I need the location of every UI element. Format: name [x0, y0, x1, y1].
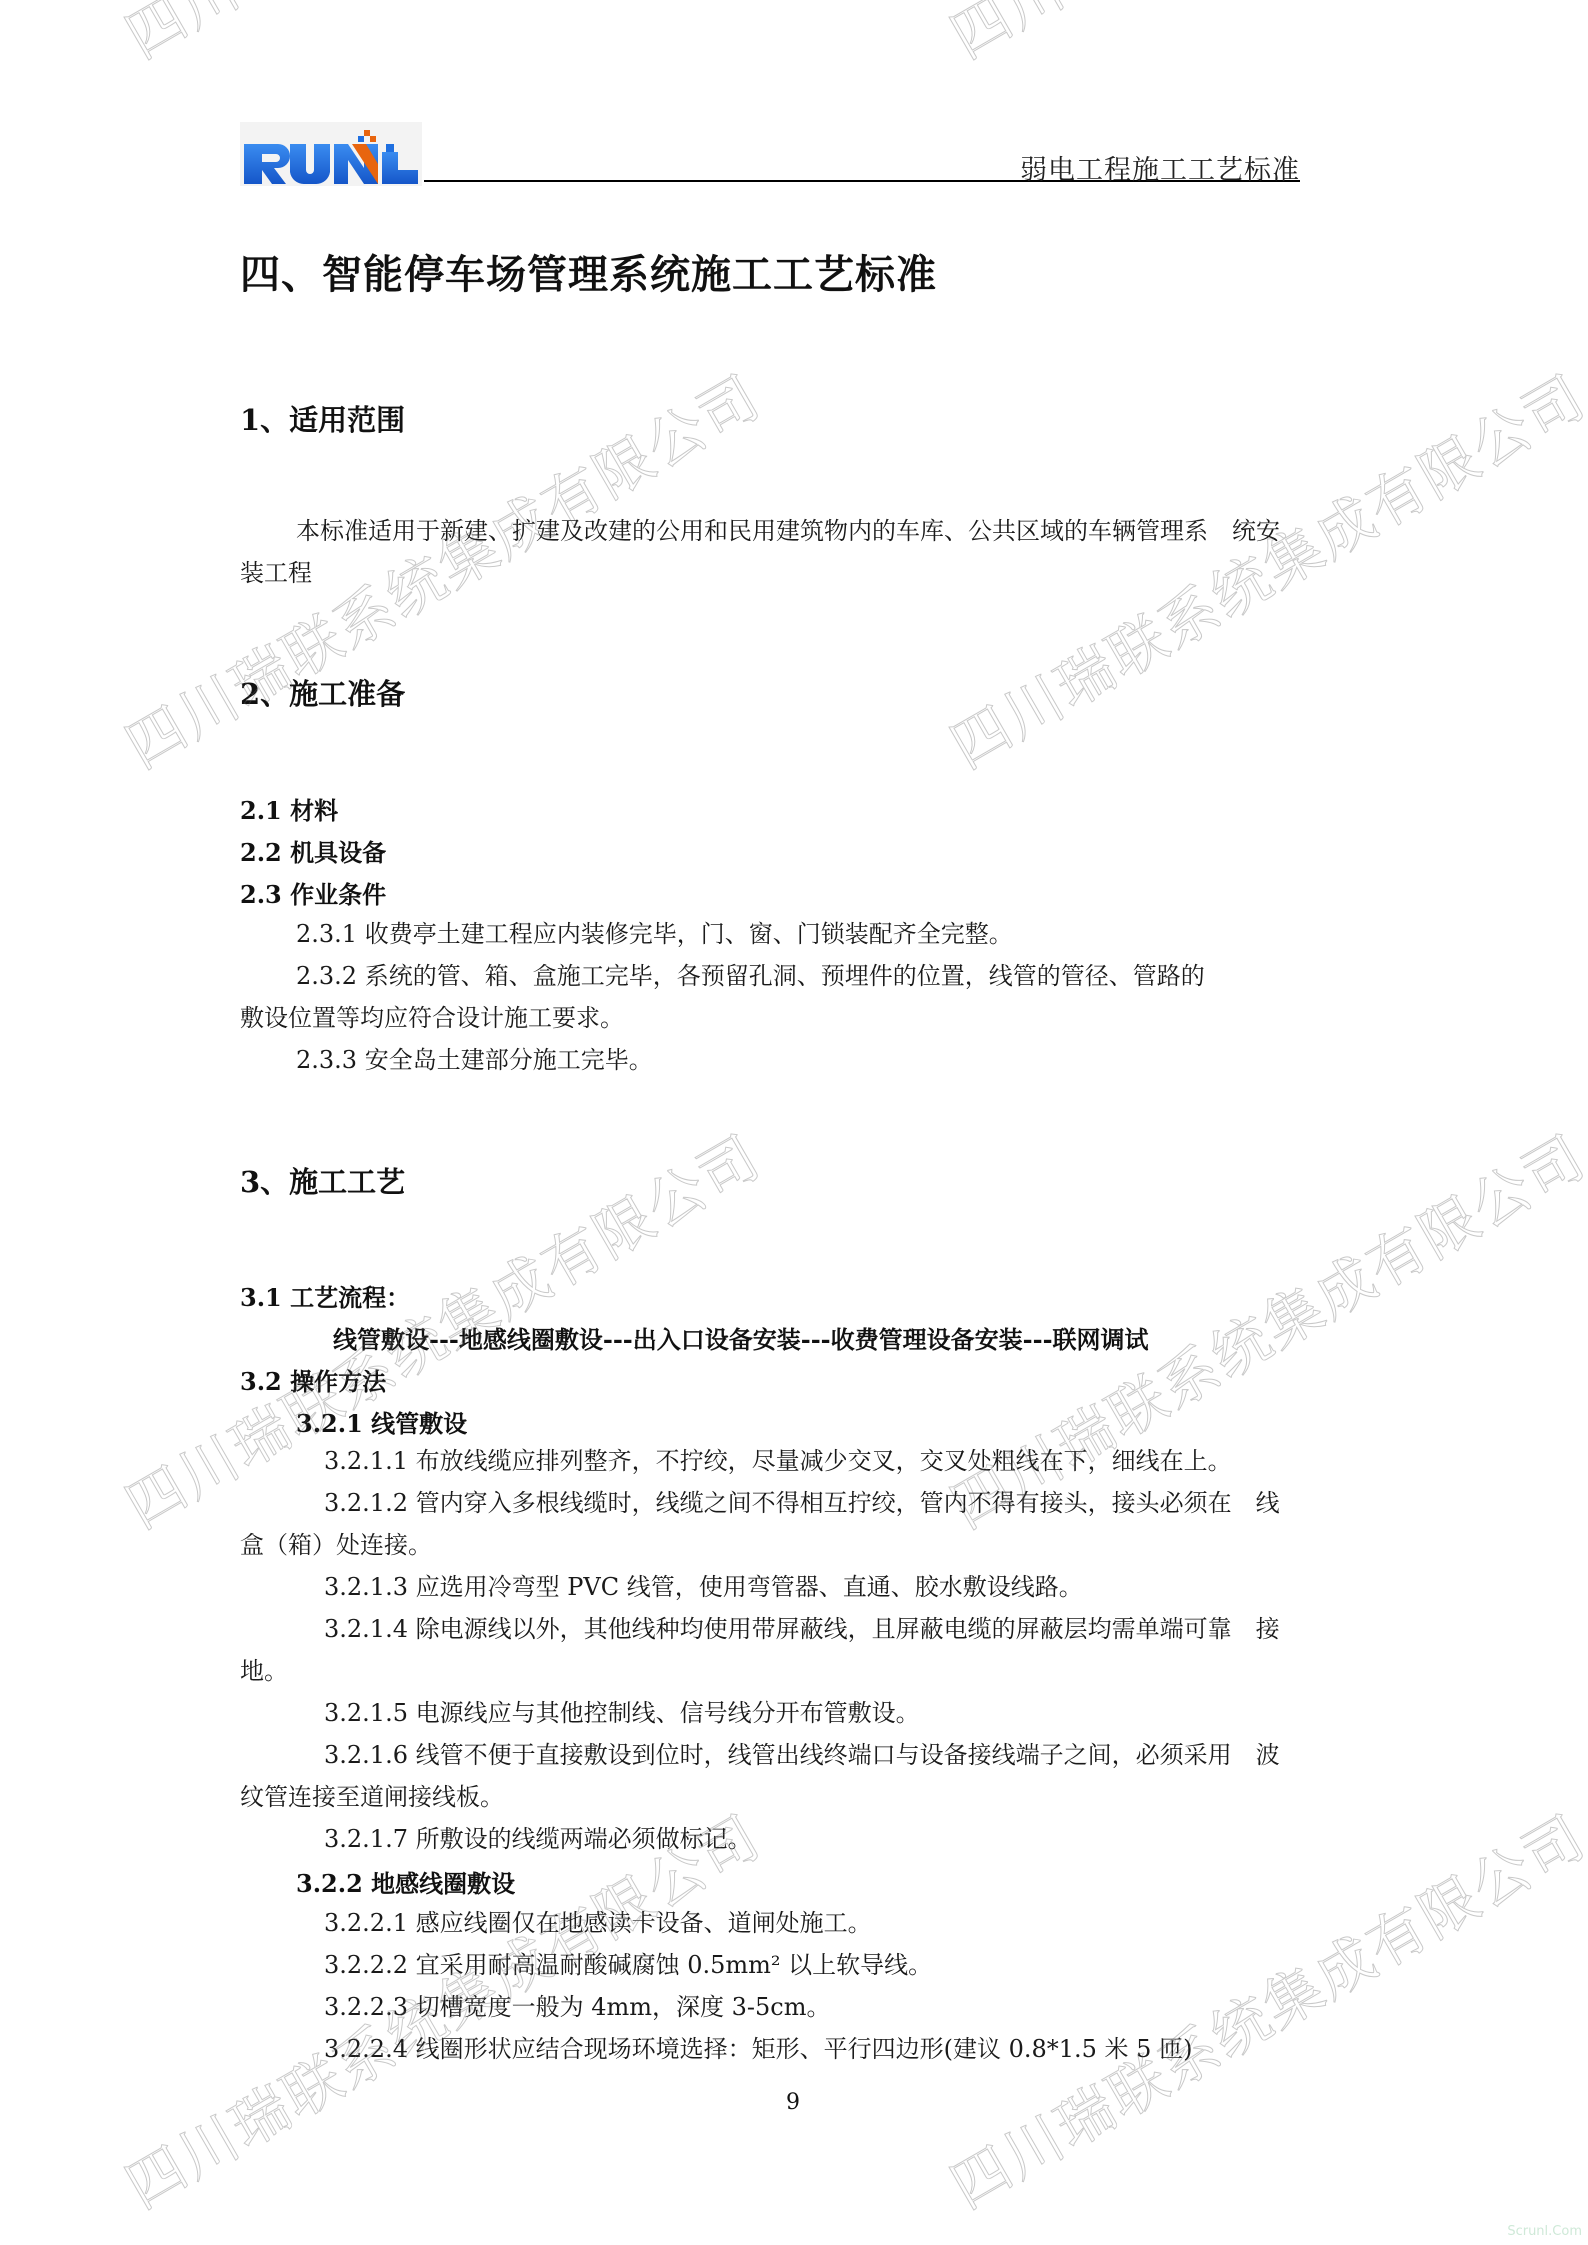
item-2-3-3: 2.3.3 安全岛土建部分施工完毕。: [240, 1039, 1350, 1081]
item-2-3-1: 2.3.1 收费亭土建工程应内装修完毕，门、窗、门锁装配齐全完整。: [240, 913, 1350, 955]
item-3-2-1-1: 3.2.1.1 布放线缆应排列整齐，不拧绞，尽量减少交叉，交叉处粗线在下，细线在…: [240, 1440, 1350, 1482]
page-number: 9: [786, 2090, 800, 2115]
subsection-3-2-1: 3.2.1 线管敷设: [296, 1404, 467, 1439]
item-3-2-1-3: 3.2.1.3 应选用冷弯型 PVC 线管，使用弯管器、直通、胶水敷设线路。: [240, 1566, 1350, 1608]
item-3-2-1-4: 3.2.1.4 除电源线以外，其他线种均使用带屏蔽线，且屏蔽电缆的屏蔽层均需单端…: [240, 1608, 1350, 1692]
item-3-2-2-3: 3.2.2.3 切槽宽度一般为 4mm，深度 3-5cm。: [240, 1986, 1350, 2028]
item-3-2-1-7: 3.2.1.7 所敷设的线缆两端必须做标记。: [240, 1818, 1350, 1860]
item-3-2-1-5: 3.2.1.5 电源线应与其他控制线、信号线分开布管敷设。: [240, 1692, 1350, 1734]
item-3-2-2-1: 3.2.2.1 感应线圈仅在地感读卡设备、道闸处施工。: [240, 1902, 1350, 1944]
subsection-3-1: 3.1 工艺流程：: [240, 1278, 410, 1313]
corner-mark: Scrunl.Com: [1507, 2224, 1582, 2239]
watermark: 四川瑞联系统集成有限公司: [933, 0, 1588, 74]
company-logo: [240, 122, 422, 186]
item-3-2-2-2: 3.2.2.2 宜采用耐高温耐酸碱腐蚀 0.5mm² 以上软导线。: [240, 1944, 1350, 1986]
subsection-2-1: 2.1 材料: [240, 791, 338, 826]
process-flow: 线管敷设---地感线圈敷设---出入口设备安装---收费管理设备安装---联网调…: [333, 1320, 1149, 1355]
item-3-2-1-6: 3.2.1.6 线管不便于直接敷设到位时，线管出线终端口与设备接线端子之间，必须…: [240, 1734, 1350, 1818]
watermark: 四川瑞联系统集成有限公司: [108, 0, 774, 74]
item-3-2-2-4: 3.2.2.4 线圈形状应结合现场环境选择：矩形、平行四边形(建议 0.8*1.…: [240, 2028, 1350, 2070]
subsection-2-3: 2.3 作业条件: [240, 875, 386, 910]
subsection-3-2: 3.2 操作方法: [240, 1362, 386, 1397]
section-1-paragraph: 本标准适用于新建、扩建及改建的公用和民用建筑物内的车库、公共区域的车辆管理系 统…: [240, 510, 1350, 594]
section-2-heading: 2、施工准备: [240, 672, 405, 713]
subsection-2-2: 2.2 机具设备: [240, 833, 386, 868]
runl-logo-icon: [240, 122, 422, 186]
document-title: 四、智能停车场管理系统施工工艺标准: [240, 243, 937, 300]
item-2-3-2: 2.3.2 系统的管、箱、盒施工完毕，各预留孔洞、预埋件的位置，线管的管径、管路…: [240, 955, 1350, 1039]
document-page: 弱电工程施工工艺标准 四、智能停车场管理系统施工工艺标准 1、适用范围 本标准适…: [0, 0, 1588, 2245]
section-1-heading: 1、适用范围: [240, 398, 405, 439]
header-title: 弱电工程施工工艺标准: [1020, 148, 1300, 187]
subsection-3-2-2: 3.2.2 地感线圈敷设: [296, 1864, 515, 1899]
item-3-2-1-2: 3.2.1.2 管内穿入多根线缆时，线缆之间不得相互拧绞，管内不得有接头，接头必…: [240, 1482, 1350, 1566]
section-3-heading: 3、施工工艺: [240, 1160, 405, 1201]
